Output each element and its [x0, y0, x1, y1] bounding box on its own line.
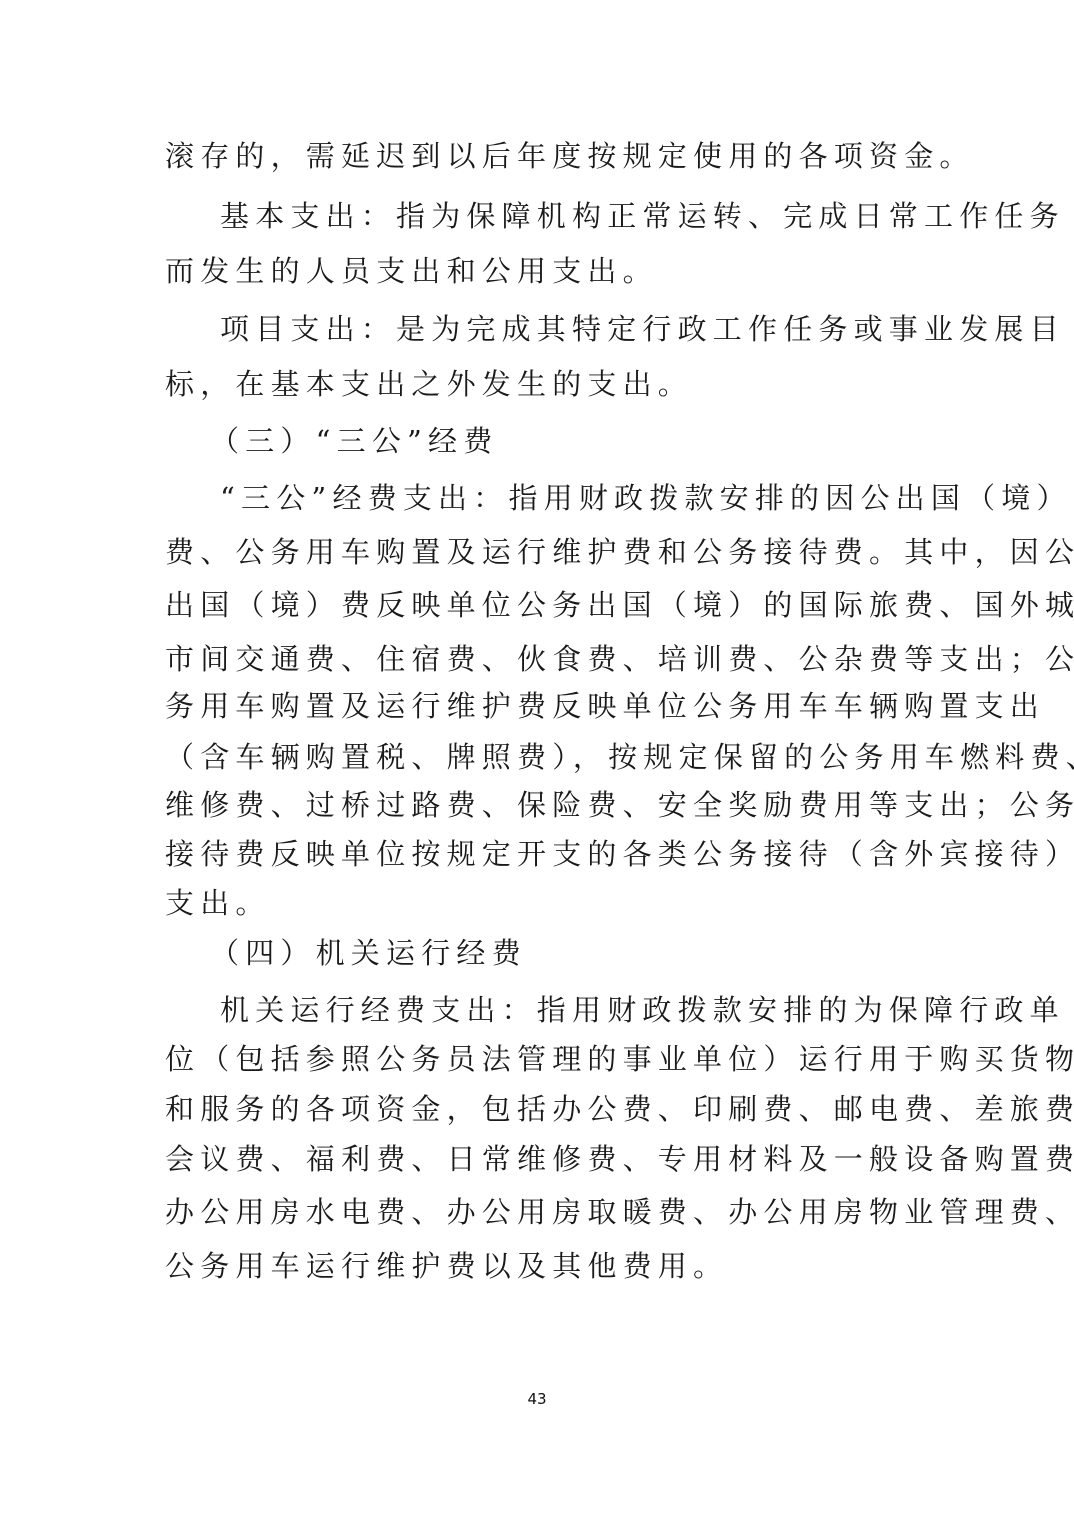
project-expenditure-definition-line-2: 标，在基本支出之外发生的支出。	[165, 366, 925, 402]
three-public-paragraph-line-7: 维修费、过桥过路费、保险费、安全奖励费用等支出；公务	[165, 787, 925, 823]
three-public-paragraph-line-9: 支出。	[165, 885, 925, 921]
three-public-paragraph-line-1: “三公”经费支出：指用财政拨款安排的因公出国（境）	[220, 480, 980, 516]
section-heading-three-public: （三）“三公”经费	[210, 423, 970, 459]
three-public-paragraph-line-3: 出国（境）费反映单位公务出国（境）的国际旅费、国外城	[165, 587, 925, 623]
three-public-paragraph-line-5: 务用车购置及运行维护费反映单位公务用车车辆购置支出	[165, 688, 925, 724]
agency-operating-paragraph-line-1: 机关运行经费支出：指用财政拨款安排的为保障行政单	[220, 992, 980, 1028]
agency-operating-paragraph-line-4: 会议费、福利费、日常维修费、专用材料及一般设备购置费、	[165, 1141, 925, 1177]
three-public-paragraph-line-6: （含车辆购置税、牌照费），按规定保留的公务用车燃料费、	[165, 739, 925, 775]
three-public-paragraph-line-2: 费、公务用车购置及运行维护费和公务接待费。其中，因公	[165, 534, 925, 570]
project-expenditure-definition-line-1: 项目支出：是为完成其特定行政工作任务或事业发展目	[220, 311, 980, 347]
agency-operating-paragraph-line-3: 和服务的各项资金，包括办公费、印刷费、邮电费、差旅费、	[165, 1091, 925, 1127]
three-public-paragraph-line-8: 接待费反映单位按规定开支的各类公务接待（含外宾接待）	[165, 836, 925, 872]
three-public-paragraph-line-4: 市间交通费、住宿费、伙食费、培训费、公杂费等支出；公	[165, 641, 925, 677]
page-number: 43	[0, 1390, 1074, 1408]
document-page: 滚存的，需延迟到以后年度按规定使用的各项资金。 基本支出：指为保障机构正常运转、…	[0, 0, 1074, 1520]
agency-operating-paragraph-line-6: 公务用车运行维护费以及其他费用。	[165, 1248, 925, 1284]
section-heading-agency-operating: （四）机关运行经费	[210, 935, 970, 971]
basic-expenditure-definition-line-2: 而发生的人员支出和公用支出。	[165, 253, 925, 289]
paragraph-continuation-line: 滚存的，需延迟到以后年度按规定使用的各项资金。	[165, 138, 925, 174]
basic-expenditure-definition-line-1: 基本支出：指为保障机构正常运转、完成日常工作任务	[220, 198, 980, 234]
agency-operating-paragraph-line-2: 位（包括参照公务员法管理的事业单位）运行用于购买货物	[165, 1041, 925, 1077]
agency-operating-paragraph-line-5: 办公用房水电费、办公用房取暖费、办公用房物业管理费、	[165, 1194, 925, 1230]
